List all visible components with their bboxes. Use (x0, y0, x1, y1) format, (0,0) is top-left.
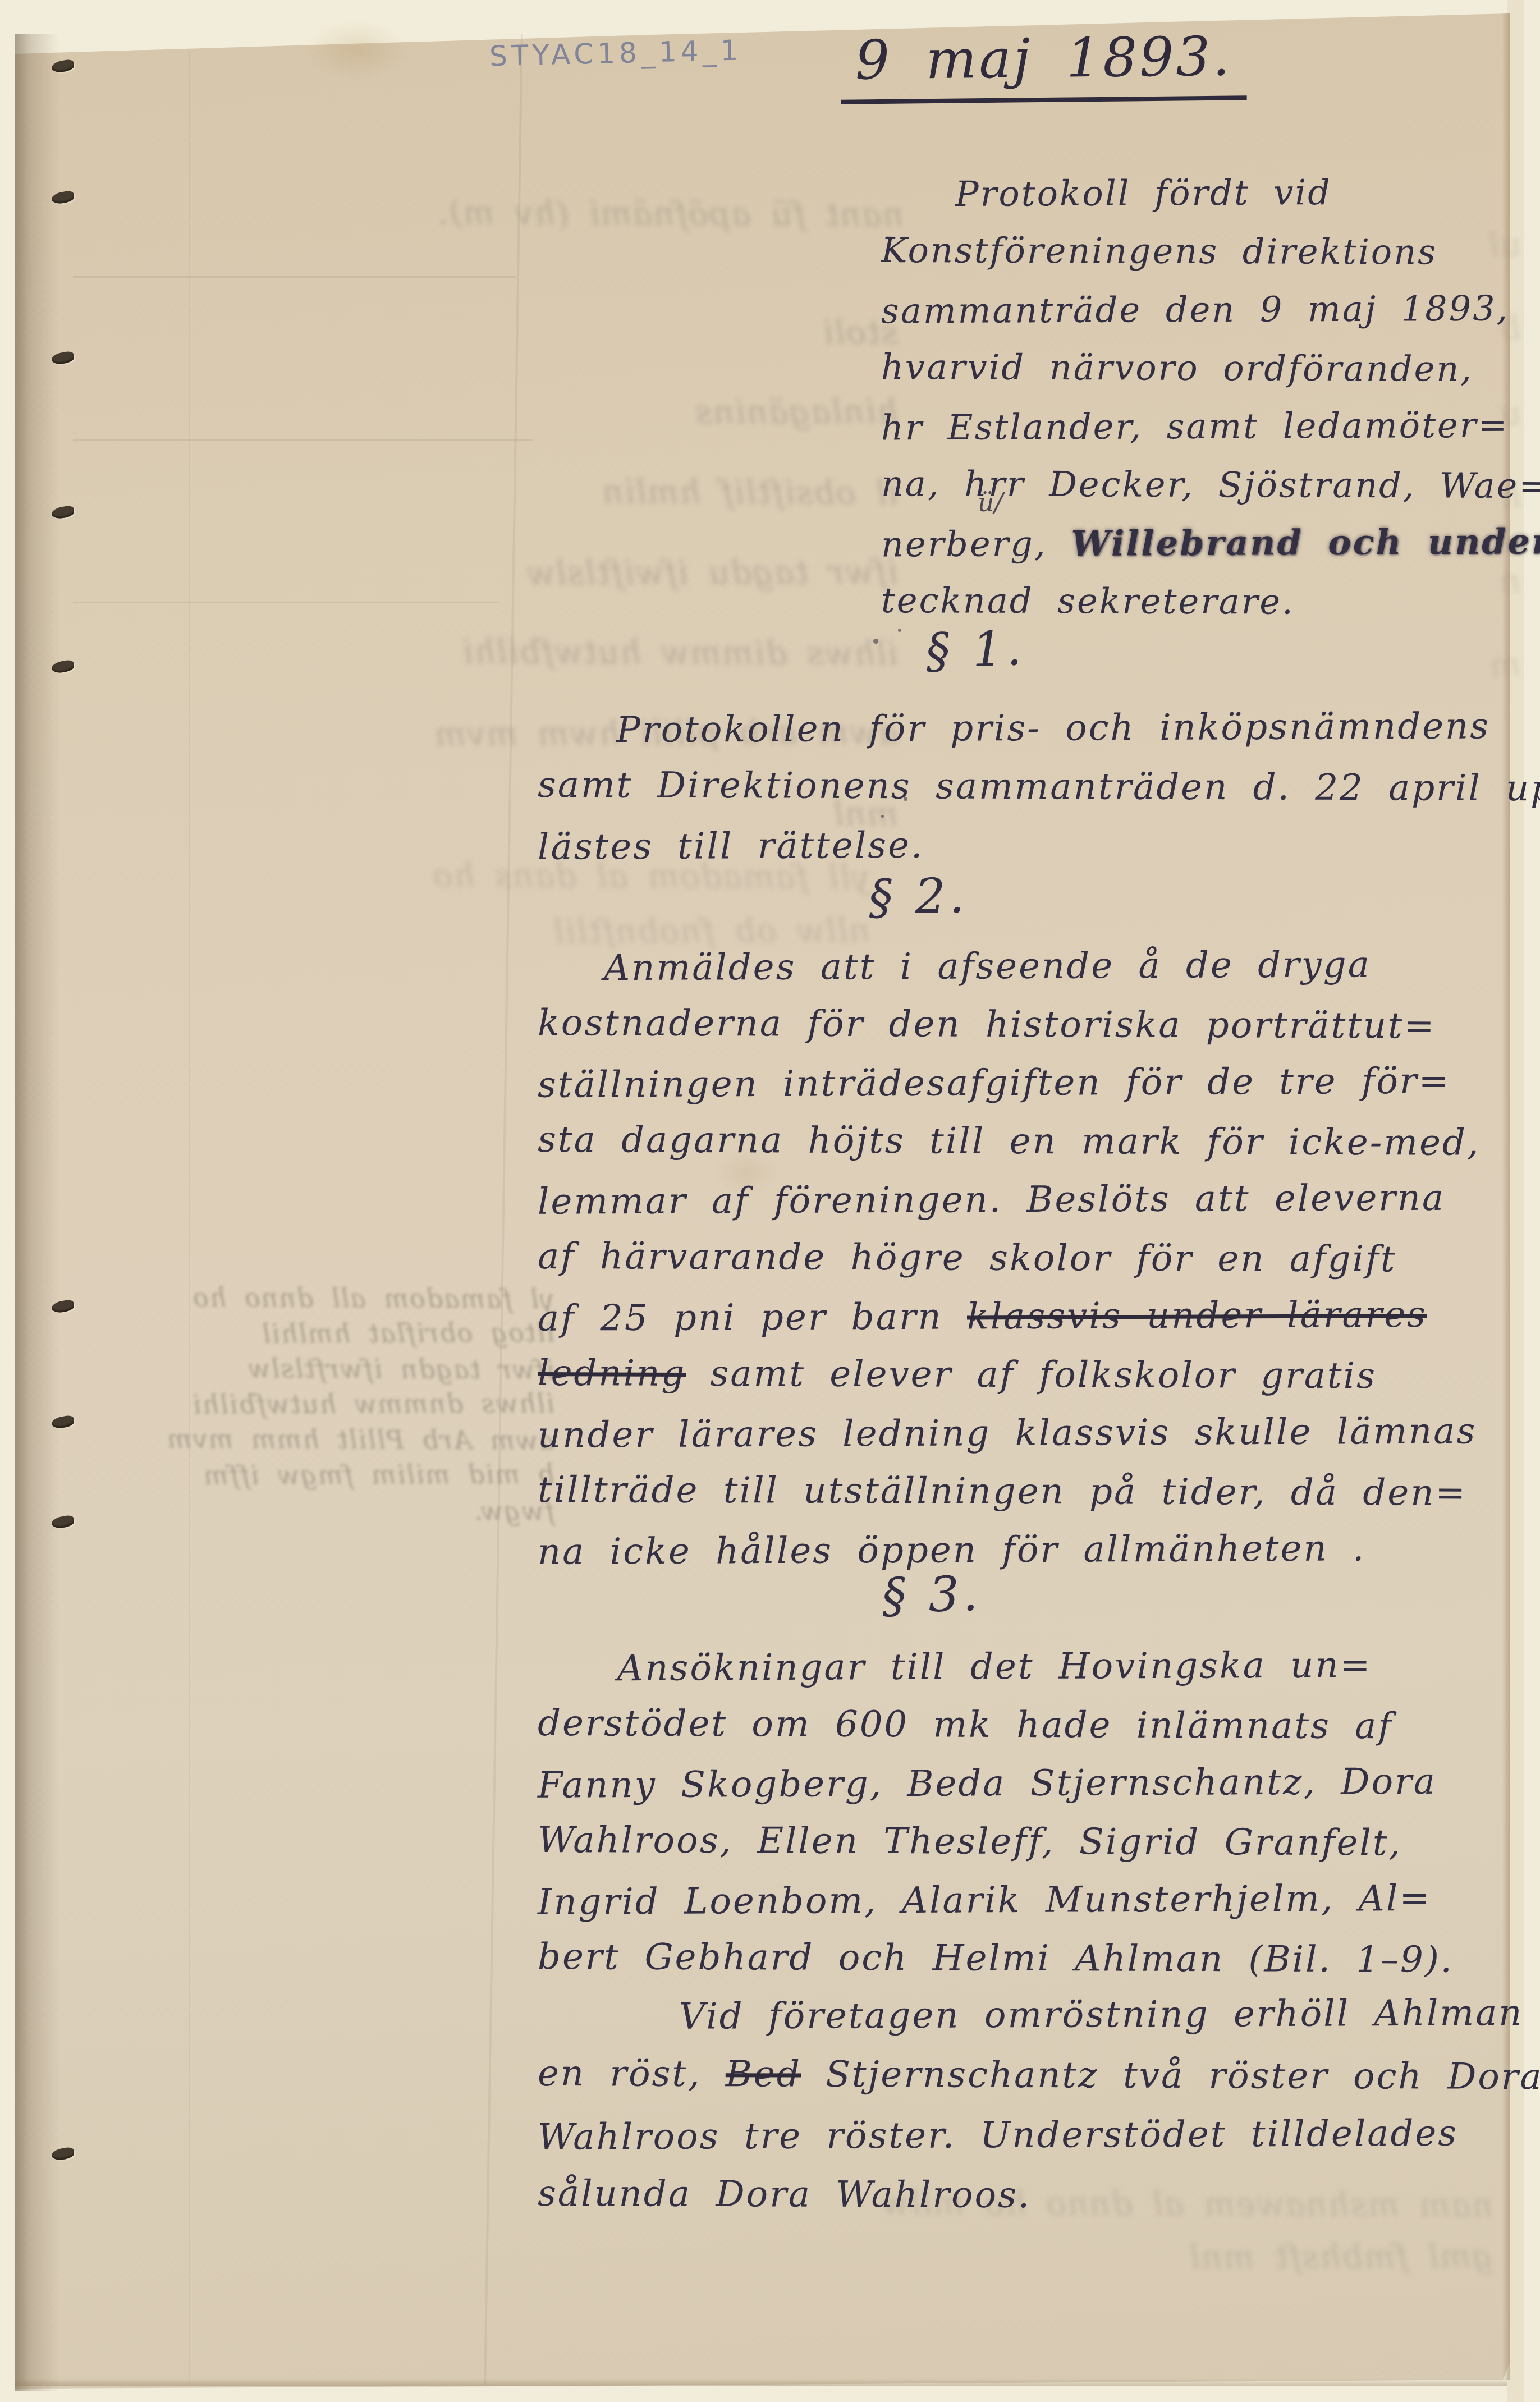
handwritten-line: nant fü apöfnämi (hv m). (314, 178, 904, 249)
section-2-heading: § 2. (868, 868, 968, 925)
handwritten-line: tillträde till utställningen på tider, d… (538, 1461, 1514, 1523)
paper-stain (303, 19, 410, 81)
handwritten-line: Ingrid Loenbom, Alarik Munsterhjelm, Al= (538, 1869, 1514, 1932)
ink-speck (873, 639, 878, 644)
handwritten-line: under lärares ledning klassvis skulle lä… (538, 1402, 1514, 1465)
handwritten-line: en röst, Bed Stjernschantz två röster oc… (538, 2044, 1514, 2107)
handwritten-line: Konstföreningens direktions (881, 221, 1515, 282)
section-1-paragraph: Protokollen för pris- och inköpsnämndens… (538, 699, 1514, 874)
handwritten-line: na icke hålles öppen för allmänheten . (538, 1519, 1514, 1582)
handwritten-line: Protokollen för pris- och inköpsnämndens (538, 697, 1514, 760)
handwritten-line: sta dagarna höjts till en mark för icke-… (538, 1111, 1514, 1172)
handwritten-line: Ansökningar till det Hovingska un= (538, 1635, 1514, 1698)
section-3-heading: § 3. (882, 1566, 982, 1625)
handwritten-line: sålunda Dora Wahlroos. (538, 2164, 1514, 2227)
faint-rule-line (73, 439, 533, 441)
handwritten-line: yl famadom all dnno ho (94, 1280, 554, 1317)
handwritten-line: ilhws dimmw hutwfbilhi (539, 612, 899, 694)
handwritten-line: awm Arb Pllilt hmm mvm (94, 1421, 554, 1459)
handwritten-line: ställningen inträdesafgiften för de tre … (538, 1052, 1514, 1115)
handwritten-line: af härvarande högre skolor för en afgift (538, 1227, 1514, 1289)
paper-crease (189, 51, 190, 2385)
handwritten-line: ledning samt elever af folkskolor gratis (538, 1344, 1514, 1406)
faint-rule-line (73, 602, 499, 603)
handwritten-line: sammanträde den 9 maj 1893, (881, 279, 1515, 341)
page-bottom-edge (15, 2378, 1507, 2386)
faint-rule-line (73, 276, 516, 278)
opening-paragraph: Protokoll fördt vidKonstföreningens dire… (881, 164, 1515, 631)
handwritten-line: Vid företagen omröstning erhöll Ahlman (538, 1983, 1514, 2048)
scanned-manuscript-screen: nant fü apöfnämi (hv m). stolihinlagänin… (0, 0, 1540, 2402)
archival-code-pencil: STYAC18_14_1 (489, 34, 742, 73)
handwritten-line: b mid milim fmgw iffm (94, 1457, 554, 1494)
handwritten-line: af 25 pni per barn klassvis under lärare… (538, 1285, 1514, 1348)
handwritten-line: bert Gebhard och Helmi Ahlman (Bil. 1–9)… (538, 1928, 1514, 1990)
handwritten-line: Wahlroos tre röster. Understödet tilldel… (538, 2103, 1514, 2168)
section-2-paragraph: Anmäldes att i afseende å de drygakostna… (538, 937, 1514, 1579)
insertion-mark: ü/ (978, 487, 1003, 517)
handwritten-line: ilhws dnmmw hutwfbilhi (94, 1386, 554, 1423)
scan-background-strip (1524, 0, 1540, 2402)
handwritten-line: m (1285, 622, 1521, 707)
handwritten-line: lemmar af föreningen. Beslöts att elever… (538, 1168, 1514, 1231)
ink-speck (898, 629, 901, 632)
bleedthrough-text: nant fü apöfnämi (hv m). (314, 180, 904, 247)
handwritten-line: stoli (539, 291, 899, 373)
handwritten-line: Wahlroos, Ellen Thesleff, Sigrid Granfel… (538, 1811, 1514, 1873)
handwritten-line: derstödet om 600 mk hade inlämnats af (538, 1694, 1514, 1756)
handwritten-line: Anmäldes att i afseende å de dryga (538, 935, 1514, 998)
handwritten-line: Protokoll fördt vid (881, 163, 1515, 224)
section-1-heading: § 1. (925, 620, 1026, 680)
handwritten-line: na, hrr Decker, Sjöstrand, Wae= (881, 455, 1515, 515)
handwritten-line: lästes till rättelse. (538, 814, 1514, 877)
section-3-paragraph-2: Vid företagen omröstning erhöll Ahlmanen… (538, 1986, 1514, 2226)
handwritten-line: nerberg, Willebrand och under= (881, 513, 1515, 574)
handwritten-line: fwgw. (94, 1492, 554, 1529)
handwritten-line: il obsiftlif hmlin (539, 452, 899, 534)
handwritten-line: hvarvid närvoro ordföranden, (881, 338, 1515, 398)
handwritten-line: iltog obriflat hmlhil (94, 1315, 554, 1353)
handwritten-line: Fanny Skogberg, Beda Stjernschantz, Dora (538, 1752, 1514, 1815)
handwritten-line: ifwr tagdu ifwiftlslw (539, 532, 898, 613)
handwritten-line: hinlagänins (539, 372, 898, 453)
bleedthrough-pencil-block: yl famadom all dnno hoiltog obriflat hml… (94, 1281, 554, 1528)
handwritten-line: ifwr tagdn ifwrftlslw (94, 1350, 554, 1388)
date-heading: 9 maj 1893. (840, 25, 1246, 104)
handwritten-line: samt Direktionens sammanträden d. 22 apr… (538, 756, 1514, 818)
handwritten-line: kostnaderna för den historiska porträttu… (538, 994, 1514, 1056)
binding-edge-shadow (15, 34, 59, 2391)
handwritten-line: hr Estlander, samt ledamöter= (881, 396, 1515, 457)
handwritten-line: gml fmbhsft mnl (819, 2230, 1493, 2285)
section-3-paragraph: Ansökningar till det Hovingska un=derstö… (538, 1638, 1514, 1988)
